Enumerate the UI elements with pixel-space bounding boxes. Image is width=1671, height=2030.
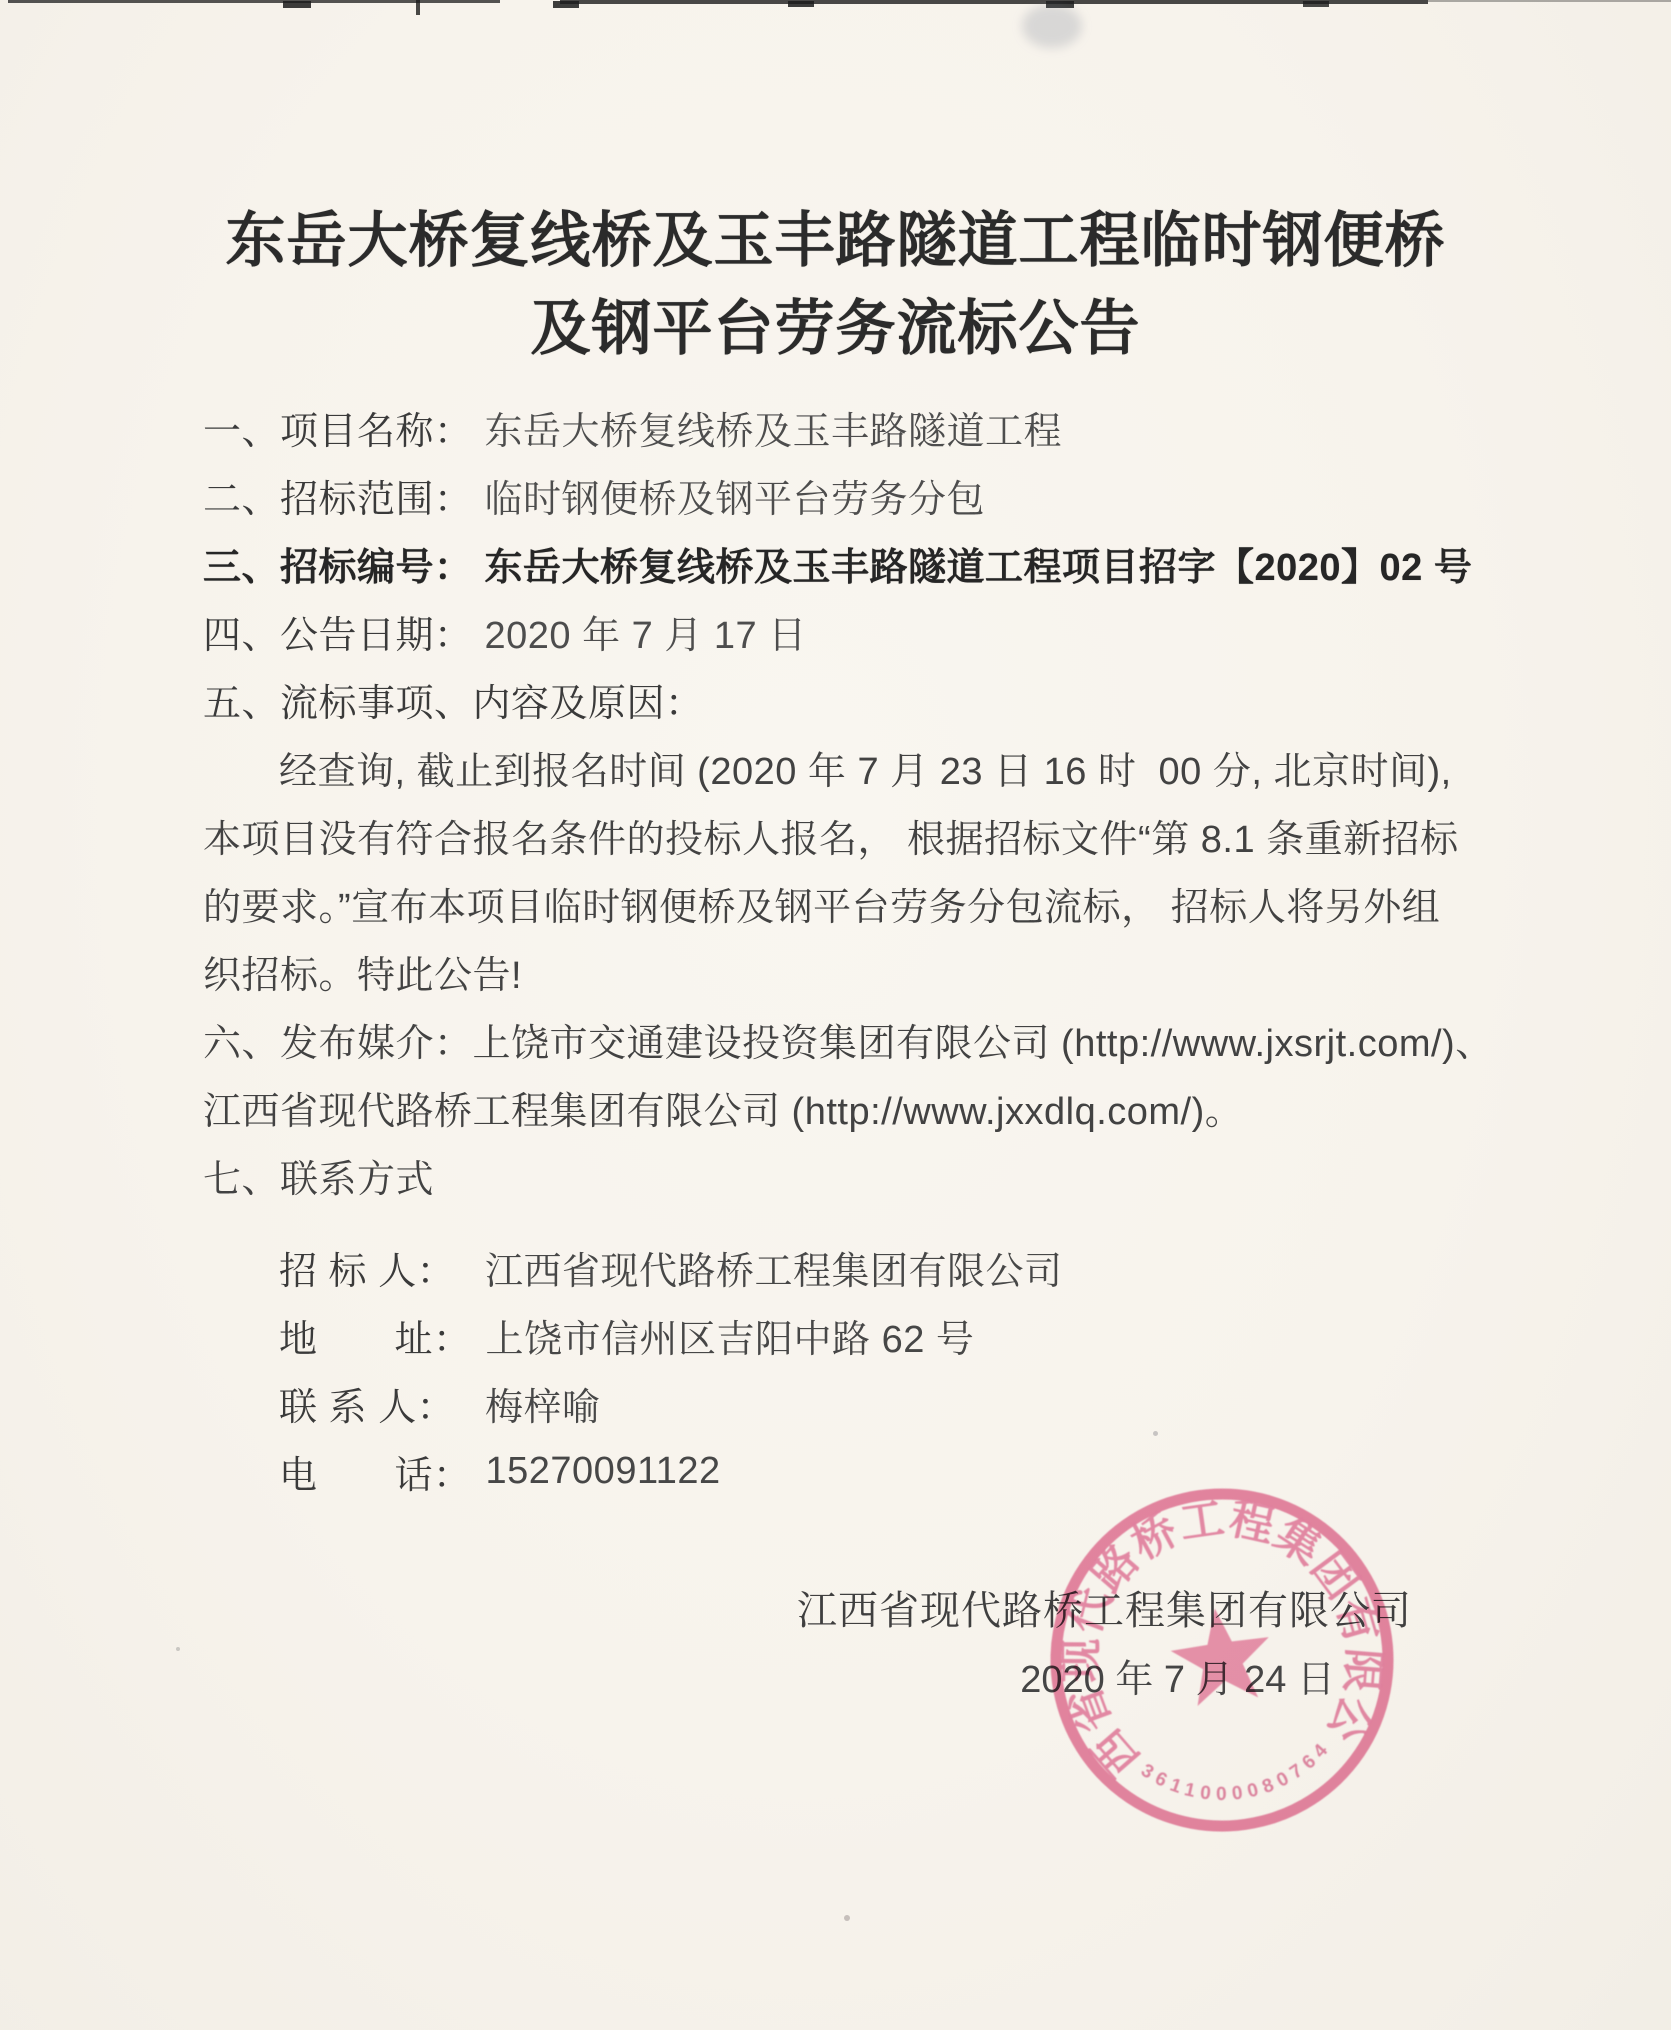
contact-address-label: 地 址： <box>279 1308 472 1363</box>
item-project-name: 一、项目名称： 东岳大桥复线桥及玉丰路隧道工程 <box>203 393 1533 461</box>
media-line2: 江西省现代路桥工程集团有限公司 (http://www.jxxdlq.com/)… <box>203 1073 1533 1141</box>
document-body: 一、项目名称： 东岳大桥复线桥及玉丰路隧道工程 二、招标范围： 临时钢便桥及钢平… <box>203 393 1533 1505</box>
contact-list: 招 标 人： 江西省现代路桥工程集团有限公司 地 址： 上饶市信州区吉阳中路 6… <box>203 1233 1533 1505</box>
item-bid-scope-label: 二、招标范围： <box>203 468 473 523</box>
contact-bidder-value: 江西省现代路桥工程集团有限公司 <box>485 1240 1063 1295</box>
contact-heading: 七、联系方式 <box>203 1141 1533 1209</box>
reason-paragraph-line1: 经查询, 截止到报名时间 (2020 年 7 月 23 日 16 时 00 分,… <box>203 733 1533 801</box>
scan-artifact-line <box>1428 0 1671 2</box>
item-bid-scope: 二、招标范围： 临时钢便桥及钢平台劳务分包 <box>203 461 1533 529</box>
signoff-date: 2020 年 7 月 24 日 <box>0 1641 1671 1709</box>
contact-row-phone: 电 话： 15270091122 <box>203 1437 1533 1505</box>
scan-artifact-blob <box>553 1 579 8</box>
contact-row-bidder: 招 标 人： 江西省现代路桥工程集团有限公司 <box>203 1233 1533 1301</box>
contact-row-address: 地 址： 上饶市信州区吉阳中路 62 号 <box>203 1301 1533 1369</box>
scan-artifact-blob <box>1303 1 1329 7</box>
svg-text:3611000080764: 3611000080764 <box>1135 1734 1342 1818</box>
contact-bidder-label: 招 标 人： <box>279 1240 471 1295</box>
signoff-company: 江西省现代路桥工程集团有限公司 <box>0 1573 1671 1641</box>
scan-artifact-tick <box>416 0 420 15</box>
scan-artifact-line <box>8 0 500 3</box>
reason-paragraph-line4: 织招标。特此公告! <box>203 937 1533 1005</box>
scan-artifact-blob <box>788 1 814 7</box>
item-bid-number-label: 三、招标编号： <box>203 536 473 591</box>
scan-artifact-line <box>560 0 1428 4</box>
signoff-block: 江西省现代路桥工程集团有限公司 2020 年 7 月 24 日 <box>0 1573 1671 1709</box>
item-announce-date-label: 四、公告日期： <box>203 604 473 659</box>
seal-serial-number: 3611000080764 <box>1135 1734 1342 1818</box>
item-bid-scope-value: 临时钢便桥及钢平台劳务分包 <box>485 468 986 523</box>
reason-paragraph-line3: 的要求。”宣布本项目临时钢便桥及钢平台劳务分包流标， 招标人将另外组 <box>203 869 1533 937</box>
item-bid-number: 三、招标编号： 东岳大桥复线桥及玉丰路隧道工程项目招字【2020】02 号 <box>203 529 1533 597</box>
media-line1: 六、发布媒介：上饶市交通建设投资集团有限公司 (http://www.jxsrj… <box>203 1005 1533 1073</box>
document-title-line1: 东岳大桥复线桥及玉丰路隧道工程临时钢便桥 <box>0 197 1671 285</box>
item-announce-date-value: 2020 年 7 月 17 日 <box>485 604 807 659</box>
document-title-line2: 及钢平台劳务流标公告 <box>0 285 1671 373</box>
document-title: 东岳大桥复线桥及玉丰路隧道工程临时钢便桥 及钢平台劳务流标公告 <box>0 197 1671 373</box>
item-announce-date: 四、公告日期： 2020 年 7 月 17 日 <box>203 597 1533 665</box>
reason-paragraph-line2: 本项目没有符合报名条件的投标人报名， 根据招标文件“第 8.1 条重新招标 <box>203 801 1533 869</box>
item-project-name-value: 东岳大桥复线桥及玉丰路隧道工程 <box>485 400 1063 455</box>
contact-person-label: 联 系 人： <box>279 1376 471 1431</box>
item-failure-heading-label: 五、流标事项、内容及原因： <box>203 672 704 727</box>
item-failure-heading: 五、流标事项、内容及原因： <box>203 665 1533 733</box>
contact-phone-label: 电 话： <box>279 1444 472 1499</box>
scan-artifact-blob <box>283 1 311 8</box>
contact-row-person: 联 系 人： 梅梓喻 <box>203 1369 1533 1437</box>
item-bid-number-value: 东岳大桥复线桥及玉丰路隧道工程项目招字【2020】02 号 <box>485 536 1473 591</box>
scan-speck <box>844 1915 850 1921</box>
scan-artifact-smudge <box>1022 4 1082 48</box>
item-project-name-label: 一、项目名称： <box>203 400 473 455</box>
contact-phone-value: 15270091122 <box>486 1450 721 1493</box>
contact-person-value: 梅梓喻 <box>485 1376 601 1431</box>
contact-address-value: 上饶市信州区吉阳中路 62 号 <box>486 1308 975 1363</box>
scanned-announcement-page: 东岳大桥复线桥及玉丰路隧道工程临时钢便桥 及钢平台劳务流标公告 一、项目名称： … <box>0 0 1671 2030</box>
